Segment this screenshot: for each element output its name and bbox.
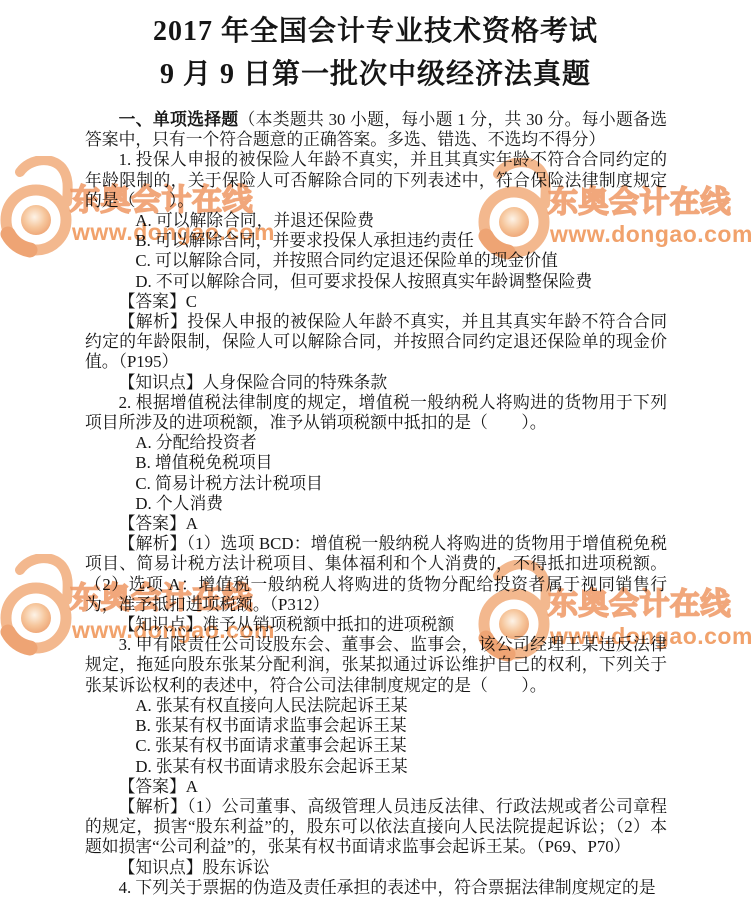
- option-c: C. 可以解除合同，并按照合同约定退还保险单的现金价值: [85, 251, 667, 271]
- document-body: 一、单项选择题（本类题共 30 小题，每小题 1 分，共 30 分。每小题备选答…: [0, 110, 751, 898]
- option-a: A. 张某有权直接向人民法院起诉王某: [85, 696, 667, 716]
- exam-document-page: 2017 年全国会计专业技术资格考试 9 月 9 日第一批次中级经济法真题 一、…: [0, 0, 751, 907]
- answer-line: 【答案】C: [85, 292, 667, 312]
- question-stem: 3. 甲有限责任公司设股东会、董事会、监事会，该公司经理王某违反法律规定，拖延向…: [85, 635, 667, 696]
- option-b: B. 增值税免税项目: [85, 453, 667, 473]
- option-b: B. 张某有权书面请求监事会起诉王某: [85, 716, 667, 736]
- question-stem: 1. 投保人申报的被保险人年龄不真实，并且其真实年龄不符合合同约定的年龄限制的，…: [85, 150, 667, 211]
- knowledge-point-line: 【知识点】股东诉讼: [85, 858, 667, 878]
- option-b: B. 可以解除合同，并要求投保人承担违约责任: [85, 231, 667, 251]
- question-stem: 4. 下列关于票据的伪造及责任承担的表述中，符合票据法律制度规定的是: [85, 878, 667, 898]
- option-d: D. 个人消费: [85, 494, 667, 514]
- document-title: 2017 年全国会计专业技术资格考试 9 月 9 日第一批次中级经济法真题: [0, 0, 751, 96]
- knowledge-point-line: 【知识点】人身保险合同的特殊条款: [85, 373, 667, 393]
- option-a: A. 分配给投资者: [85, 433, 667, 453]
- question-4: 4. 下列关于票据的伪造及责任承担的表述中，符合票据法律制度规定的是: [85, 878, 667, 898]
- analysis-line: 【解析】投保人申报的被保险人年龄不真实，并且其真实年龄不符合合同约定的年龄限制，…: [85, 312, 667, 373]
- title-line-2: 9 月 9 日第一批次中级经济法真题: [0, 53, 751, 96]
- answer-line: 【答案】A: [85, 514, 667, 534]
- question-1: 1. 投保人申报的被保险人年龄不真实，并且其真实年龄不符合合同约定的年龄限制的，…: [85, 150, 667, 392]
- analysis-line: 【解析】（1）选项 BCD：增值税一般纳税人将购进的货物用于增值税免税项目、简易…: [85, 534, 667, 615]
- analysis-line: 【解析】（1）公司董事、高级管理人员违反法律、行政法规或者公司章程的规定，损害“…: [85, 797, 667, 858]
- option-d: D. 不可以解除合同，但可要求投保人按照真实年龄调整保险费: [85, 272, 667, 292]
- section-heading: 一、单项选择题（本类题共 30 小题，每小题 1 分，共 30 分。每小题备选答…: [85, 110, 667, 150]
- option-d: D. 张某有权书面请求股东会起诉王某: [85, 757, 667, 777]
- option-c: C. 张某有权书面请求董事会起诉王某: [85, 736, 667, 756]
- question-stem: 2. 根据增值税法律制度的规定，增值税一般纳税人将购进的货物用于下列项目所涉及的…: [85, 393, 667, 433]
- option-a: A. 可以解除合同，并退还保险费: [85, 211, 667, 231]
- knowledge-point-line: 【知识点】准予从销项税额中抵扣的进项税额: [85, 615, 667, 635]
- section-label: 一、单项选择题: [119, 110, 239, 129]
- question-3: 3. 甲有限责任公司设股东会、董事会、监事会，该公司经理王某违反法律规定，拖延向…: [85, 635, 667, 877]
- answer-line: 【答案】A: [85, 777, 667, 797]
- question-2: 2. 根据增值税法律制度的规定，增值税一般纳税人将购进的货物用于下列项目所涉及的…: [85, 393, 667, 635]
- title-line-1: 2017 年全国会计专业技术资格考试: [0, 10, 751, 53]
- option-c: C. 简易计税方法计税项目: [85, 474, 667, 494]
